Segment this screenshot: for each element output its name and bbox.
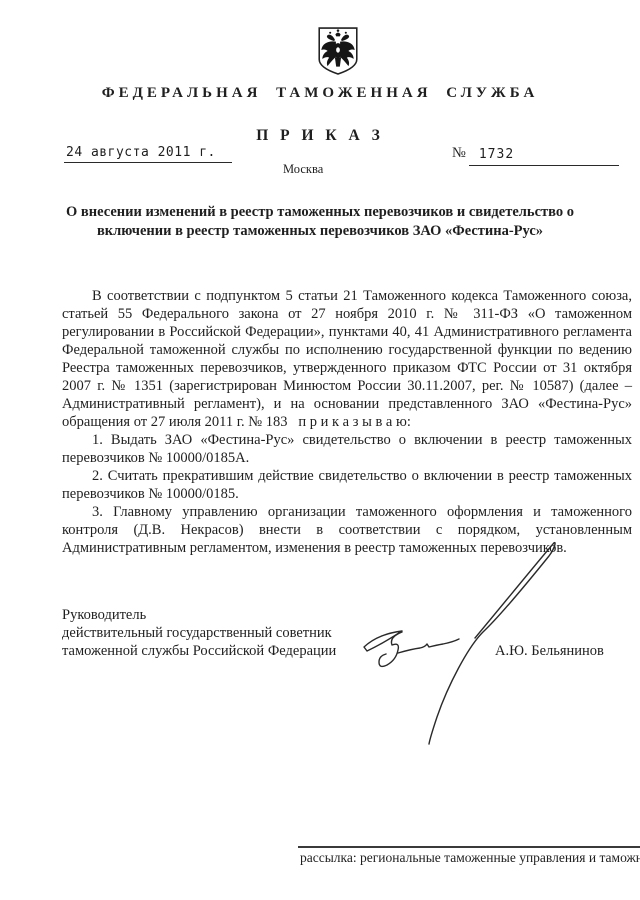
document-page: ФЕДЕРАЛЬНАЯ ТАМОЖЕННАЯ СЛУЖБА П Р И К А … [0, 0, 640, 900]
coat-of-arms-icon [317, 27, 359, 75]
signatory-position-line: Руководитель [62, 606, 402, 624]
order-item-1: 1. Выдать ЗАО «Фестина-Рус» свидетельств… [62, 431, 632, 467]
distribution-note: рассылка: региональные таможенные управл… [300, 850, 640, 866]
number-sign: № [452, 145, 466, 162]
order-number-block: № 1732 [452, 145, 619, 166]
order-item-3: 3. Главному управлению организации тамож… [62, 503, 632, 557]
footer-divider [298, 846, 640, 848]
signatory-position-line: таможенной службы Российской Федерации [62, 642, 402, 660]
number-underline: 1732 [469, 145, 619, 166]
order-date: 24 августа 2011 г. [64, 145, 232, 163]
order-item-2: 2. Считать прекратившим действие свидете… [62, 467, 632, 503]
order-body: В соответствии с подпунктом 5 статьи 21 … [62, 287, 632, 557]
order-title: О внесении изменений в реестр таможенных… [50, 203, 590, 241]
agency-name: ФЕДЕРАЛЬНАЯ ТАМОЖЕННАЯ СЛУЖБА [0, 85, 640, 102]
order-number: 1732 [469, 147, 514, 162]
preamble-paragraph: В соответствии с подпунктом 5 статьи 21 … [62, 287, 632, 431]
signatory-position: Руководитель действительный государствен… [62, 606, 402, 660]
signatory-name: А.Ю. Бельянинов [495, 643, 604, 660]
signatory-position-line: действительный государственный советник [62, 624, 402, 642]
document-type-heading: П Р И К А З [0, 127, 640, 145]
city-label: Москва [283, 162, 323, 177]
